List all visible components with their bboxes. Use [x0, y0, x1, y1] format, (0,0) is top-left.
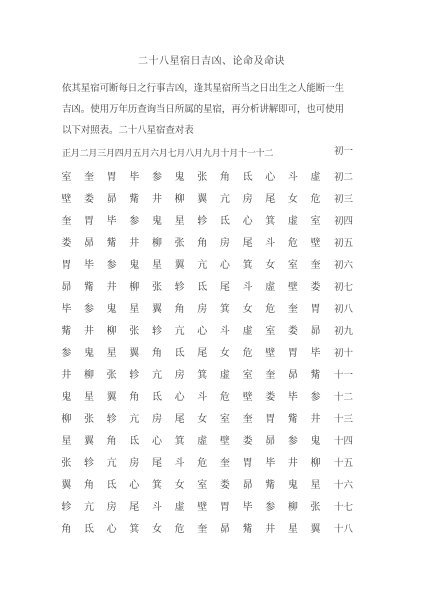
day-label: 十四 [334, 431, 353, 453]
row-cells: 鬼星翼角氐心斗危壁娄毕参 [55, 387, 327, 409]
table-row: 昴觜井柳张轸氐尾斗虚壁娄 初七 [0, 277, 423, 299]
mansion-cell: 星 [78, 387, 101, 409]
mansion-cell: 参 [304, 387, 327, 409]
row-cells: 奎胃毕参鬼星轸氐心箕虚室 [55, 211, 327, 233]
mansion-cell: 房 [100, 497, 123, 519]
mansion-cell: 胃 [236, 453, 259, 475]
mansion-cell: 氐 [191, 277, 214, 299]
mansion-cell: 奎 [259, 365, 282, 387]
mansion-cell: 房 [214, 233, 237, 255]
mansion-cell: 觜 [236, 519, 259, 541]
mansion-cell: 室 [304, 211, 327, 233]
mansion-cell: 女 [214, 343, 237, 365]
mansion-cell: 轸 [55, 497, 78, 519]
mansion-cell: 参 [100, 255, 123, 277]
mansion-cell: 参 [123, 211, 146, 233]
mansion-cell: 亢 [123, 409, 146, 431]
day-label: 初一 [334, 141, 353, 163]
mansion-cell: 柳 [123, 277, 146, 299]
mansion-cell: 危 [259, 299, 282, 321]
mansion-cell: 觜 [304, 365, 327, 387]
mansion-cell: 井 [304, 409, 327, 431]
mansion-cell: 翼 [78, 431, 101, 453]
mansion-cell: 氐 [123, 431, 146, 453]
mansion-cell: 箕 [236, 255, 259, 277]
mansion-cell: 奎 [55, 211, 78, 233]
row-cells: 轸亢房尾斗虚壁胃毕参柳张 [55, 497, 327, 519]
mansion-cell: 星 [304, 475, 327, 497]
mansion-cell: 斗 [214, 321, 237, 343]
mansion-cell: 娄 [259, 387, 282, 409]
mansion-cell: 箕 [168, 431, 191, 453]
mansion-cell: 壁 [304, 233, 327, 255]
mansion-cell: 参 [146, 167, 169, 189]
day-label: 初三 [334, 189, 353, 211]
mansion-cell: 昴 [78, 233, 101, 255]
mansion-cell: 毕 [259, 453, 282, 475]
row-cells: 室奎胃毕参鬼张角氐心斗虚 [55, 167, 327, 189]
mansion-cell: 毕 [123, 167, 146, 189]
mansion-cell: 昴 [259, 431, 282, 453]
row-cells: 娄昴觜井柳张角房尾斗危壁 [55, 233, 327, 255]
mansion-cell: 毕 [55, 299, 78, 321]
mansion-cell: 虚 [282, 211, 305, 233]
day-label: 十七 [334, 497, 353, 519]
paragraph-line: 吉凶。使用万年历查询当日所属的星宿，再分析讲解即可，也可使用 [62, 99, 402, 120]
mansion-cell: 室 [214, 409, 237, 431]
mansion-cell: 张 [123, 321, 146, 343]
mansion-cell: 箕 [191, 365, 214, 387]
mansion-cell: 壁 [214, 431, 237, 453]
mansion-cell: 井 [282, 453, 305, 475]
mansion-cell: 箕 [123, 519, 146, 541]
mansion-cell: 女 [146, 519, 169, 541]
mansion-cell: 角 [214, 167, 237, 189]
mansion-cell: 危 [304, 189, 327, 211]
day-label: 初七 [334, 277, 353, 299]
mansion-cell: 昴 [304, 321, 327, 343]
mansion-cell: 尾 [123, 497, 146, 519]
mansion-cell: 张 [304, 497, 327, 519]
mansion-cell: 危 [282, 233, 305, 255]
mansion-cell: 斗 [146, 497, 169, 519]
row-cells: 张轸亢房尾斗危奎胃毕井柳 [55, 453, 327, 475]
mansion-cell: 井 [78, 321, 101, 343]
day-label: 初四 [334, 211, 353, 233]
mansion-cell: 胃 [100, 167, 123, 189]
mansion-cell: 毕 [304, 343, 327, 365]
mansion-cell: 张 [168, 233, 191, 255]
row-cells: 星翼角氐心箕虚壁娄昴参鬼 [55, 431, 327, 453]
mansion-cell: 翼 [123, 343, 146, 365]
mansion-cell: 翼 [146, 299, 169, 321]
mansion-cell: 壁 [259, 343, 282, 365]
table-row: 奎胃毕参鬼星轸氐心箕虚室 初四 [0, 211, 423, 233]
day-label: 十二 [334, 387, 353, 409]
mansion-cell: 奎 [304, 255, 327, 277]
mansion-cell: 星 [100, 343, 123, 365]
row-cells: 胃毕参鬼星翼亢心箕女室奎 [55, 255, 327, 277]
mansion-cell: 心 [259, 167, 282, 189]
mansion-cell: 氐 [100, 475, 123, 497]
mansion-cell: 翼 [168, 255, 191, 277]
mansion-cell: 轸 [123, 365, 146, 387]
table-row: 壁娄昴觜井柳翼亢房尾女危 初三 [0, 189, 423, 211]
mansion-cell: 房 [236, 189, 259, 211]
mansion-cell: 斗 [282, 167, 305, 189]
mansion-cell: 房 [123, 453, 146, 475]
day-label: 初八 [334, 299, 353, 321]
mansion-cell: 心 [191, 321, 214, 343]
mansion-cell: 娄 [282, 321, 305, 343]
mansion-cell: 虚 [168, 497, 191, 519]
mansion-cell: 奎 [214, 453, 237, 475]
mansion-cell: 鬼 [55, 387, 78, 409]
mansion-cell: 觜 [123, 189, 146, 211]
mansion-cell: 奎 [236, 409, 259, 431]
document-page: 二十八星宿日吉凶、论命及命诀 依其星宿可断每日之行事吉凶，逢其星宿所当之日出生之… [0, 0, 423, 600]
mansion-cell: 心 [236, 211, 259, 233]
table-row: 鬼星翼角氐心斗危壁娄毕参 十二 [0, 387, 423, 409]
mansion-cell: 胃 [55, 255, 78, 277]
mansion-cell: 奎 [282, 299, 305, 321]
mansion-cell: 井 [146, 189, 169, 211]
mansion-cell: 氐 [78, 519, 101, 541]
mansion-cell: 虚 [304, 167, 327, 189]
mansion-cell: 昴 [55, 277, 78, 299]
mansion-cell: 室 [191, 475, 214, 497]
mansion-cell: 女 [168, 475, 191, 497]
mansion-cell: 箕 [259, 211, 282, 233]
mansion-cell: 胃 [304, 299, 327, 321]
table-row: 井柳张轸亢房箕虚室奎昴觜 十一 [0, 365, 423, 387]
mansion-cell: 张 [146, 277, 169, 299]
mansion-cell: 昴 [282, 365, 305, 387]
mansion-cell: 亢 [168, 321, 191, 343]
mansion-cell: 尾 [191, 343, 214, 365]
mansion-cell: 箕 [214, 299, 237, 321]
mansion-cell: 女 [191, 409, 214, 431]
day-label: 十三 [334, 409, 353, 431]
row-cells: 觜井柳张轸亢心斗虚室娄昴 [55, 321, 327, 343]
mansion-cell: 娄 [78, 189, 101, 211]
mansion-cell: 井 [100, 277, 123, 299]
mansion-cell: 轸 [78, 453, 101, 475]
mansion-cell: 女 [282, 189, 305, 211]
table-row: 轸亢房尾斗虚壁胃毕参柳张 十七 [0, 497, 423, 519]
row-cells: 昴觜井柳张轸氐尾斗虚壁娄 [55, 277, 327, 299]
day-label: 十一 [334, 365, 353, 387]
row-cells: 井柳张轸亢房箕虚室奎昴觜 [55, 365, 327, 387]
mansion-cell: 角 [146, 343, 169, 365]
mansion-cell: 角 [191, 233, 214, 255]
mansion-cell: 参 [55, 343, 78, 365]
table-row: 参鬼星翼角氐尾女危壁胃毕 初十 [0, 343, 423, 365]
table-row: 柳张轸亢房尾女室奎胃觜井 十三 [0, 409, 423, 431]
mansion-cell: 昴 [100, 189, 123, 211]
mansion-cell: 角 [123, 387, 146, 409]
mansion-cell: 张 [100, 365, 123, 387]
mansion-cell: 心 [146, 431, 169, 453]
mansion-cell: 虚 [236, 321, 259, 343]
row-cells: 角氐心箕女危奎昴觜井星翼 [55, 519, 327, 541]
day-label: 初五 [334, 233, 353, 255]
mansion-cell: 毕 [100, 211, 123, 233]
mansion-cell: 觜 [259, 475, 282, 497]
mansion-cell: 室 [55, 167, 78, 189]
mansion-cell: 井 [123, 233, 146, 255]
mansion-cell: 危 [214, 387, 237, 409]
mansion-cell: 星 [146, 255, 169, 277]
day-label: 初十 [334, 343, 353, 365]
mansion-cell: 昴 [214, 519, 237, 541]
intro-paragraph: 依其星宿可断每日之行事吉凶，逢其星宿所当之日出生之人能断一生吉凶。使用万年历查询… [62, 78, 402, 141]
mansion-cell: 亢 [214, 189, 237, 211]
row-cells: 壁娄昴觜井柳翼亢房尾女危 [55, 189, 327, 211]
mansion-cell: 氐 [146, 387, 169, 409]
mansion-cell: 尾 [214, 277, 237, 299]
mansion-cell: 昴 [236, 475, 259, 497]
page-title: 二十八星宿日吉凶、论命及命诀 [0, 55, 423, 68]
mansion-cell: 亢 [100, 453, 123, 475]
mansion-cell: 张 [55, 453, 78, 475]
mansion-cell: 壁 [236, 387, 259, 409]
mansion-cell: 房 [191, 299, 214, 321]
day-label: 初二 [334, 167, 353, 189]
day-label: 十八 [334, 519, 353, 541]
table-row: 星翼角氐心箕虚壁娄昴参鬼 十四 [0, 431, 423, 453]
mansion-cell: 轸 [100, 409, 123, 431]
mansion-cell: 壁 [191, 497, 214, 519]
mansion-cell: 尾 [146, 453, 169, 475]
day-label: 十六 [334, 475, 353, 497]
day-label: 初六 [334, 255, 353, 277]
mansion-cell: 星 [55, 431, 78, 453]
mansion-cell: 井 [55, 365, 78, 387]
mansion-cell: 鬼 [146, 211, 169, 233]
mansion-cell: 氐 [168, 343, 191, 365]
mansion-cell: 氐 [214, 211, 237, 233]
mansion-cell: 壁 [282, 277, 305, 299]
mansion-cell: 毕 [78, 255, 101, 277]
mansion-cell: 女 [259, 255, 282, 277]
mansion-cell: 胃 [282, 343, 305, 365]
mansion-table: 正月二月三月四月五月六月七月八月九月十月十一十二 初一 室奎胃毕参鬼张角氐心斗虚… [0, 141, 423, 541]
mansion-cell: 尾 [236, 233, 259, 255]
table-row: 室奎胃毕参鬼张角氐心斗虚 初二 [0, 167, 423, 189]
mansion-cell: 女 [236, 299, 259, 321]
table-row: 娄昴觜井柳张角房尾斗危壁 初五 [0, 233, 423, 255]
months-header: 正月二月三月四月五月六月七月八月九月十月十一十二 [55, 146, 327, 159]
mansion-cell: 觜 [78, 277, 101, 299]
mansion-cell: 角 [78, 475, 101, 497]
mansion-cell: 室 [259, 321, 282, 343]
mansion-cell: 虚 [259, 277, 282, 299]
mansion-cell: 房 [146, 409, 169, 431]
mansion-cell: 角 [55, 519, 78, 541]
table-row: 翼角氐心箕女室娄昴觜鬼星 十六 [0, 475, 423, 497]
mansion-cell: 角 [100, 431, 123, 453]
mansion-cell: 心 [214, 255, 237, 277]
mansion-cell: 娄 [214, 475, 237, 497]
mansion-cell: 毕 [236, 497, 259, 519]
mansion-cell: 翼 [55, 475, 78, 497]
mansion-cell: 鬼 [100, 299, 123, 321]
mansion-cell: 毕 [282, 387, 305, 409]
mansion-cell: 尾 [168, 409, 191, 431]
mansion-cell: 觜 [100, 233, 123, 255]
mansion-cell: 尾 [259, 189, 282, 211]
row-cells: 毕参鬼星翼角房箕女危奎胃 [55, 299, 327, 321]
mansion-cell: 娄 [236, 431, 259, 453]
paragraph-line: 依其星宿可断每日之行事吉凶，逢其星宿所当之日出生之人能断一生 [62, 78, 402, 99]
mansion-cell: 壁 [55, 189, 78, 211]
mansion-cell: 斗 [259, 233, 282, 255]
mansion-cell: 鬼 [168, 167, 191, 189]
mansion-cell: 鬼 [78, 343, 101, 365]
mansion-cell: 危 [191, 453, 214, 475]
mansion-cell: 胃 [78, 211, 101, 233]
mansion-cell: 氐 [236, 167, 259, 189]
mansion-cell: 危 [236, 343, 259, 365]
mansion-cell: 张 [191, 167, 214, 189]
mansion-cell: 奎 [78, 167, 101, 189]
mansion-cell: 鬼 [123, 255, 146, 277]
mansion-cell: 角 [168, 299, 191, 321]
mansion-cell: 柳 [146, 233, 169, 255]
mansion-cell: 亢 [146, 365, 169, 387]
mansion-cell: 柳 [168, 189, 191, 211]
mansion-cell: 张 [78, 409, 101, 431]
mansion-cell: 鬼 [282, 475, 305, 497]
mansion-cell: 翼 [191, 189, 214, 211]
mansion-cell: 斗 [236, 277, 259, 299]
row-cells: 柳张轸亢房尾女室奎胃觜井 [55, 409, 327, 431]
mansion-cell: 柳 [304, 453, 327, 475]
mansion-cell: 危 [168, 519, 191, 541]
mansion-cell: 鬼 [304, 431, 327, 453]
day-label: 初九 [334, 321, 353, 343]
table-row: 觜井柳张轸亢心斗虚室娄昴 初九 [0, 321, 423, 343]
table-row: 角氐心箕女危奎昴觜井星翼 十八 [0, 519, 423, 541]
table-row: 张轸亢房尾斗危奎胃毕井柳 十五 [0, 453, 423, 475]
mansion-cell: 翼 [100, 387, 123, 409]
mansion-cell: 心 [168, 387, 191, 409]
mansion-cell: 斗 [191, 387, 214, 409]
mansion-cell: 翼 [304, 519, 327, 541]
mansion-cell: 虚 [214, 365, 237, 387]
mansion-cell: 柳 [100, 321, 123, 343]
mansion-cell: 井 [259, 519, 282, 541]
mansion-cell: 房 [168, 365, 191, 387]
mansion-cell: 亢 [191, 255, 214, 277]
day-label: 十五 [334, 453, 353, 475]
table-header-row: 正月二月三月四月五月六月七月八月九月十月十一十二 初一 [0, 141, 423, 163]
mansion-cell: 轸 [168, 277, 191, 299]
mansion-cell: 娄 [55, 233, 78, 255]
table-row: 毕参鬼星翼角房箕女危奎胃 初八 [0, 299, 423, 321]
mansion-cell: 虚 [191, 431, 214, 453]
paragraph-line: 以下对照表。二十八星宿查对表 [62, 120, 402, 141]
row-cells: 参鬼星翼角氐尾女危壁胃毕 [55, 343, 327, 365]
mansion-cell: 星 [123, 299, 146, 321]
mansion-cell: 轸 [191, 211, 214, 233]
mansion-cell: 室 [236, 365, 259, 387]
mansion-cell: 轸 [146, 321, 169, 343]
mansion-cell: 星 [282, 519, 305, 541]
mansion-cell: 箕 [146, 475, 169, 497]
mansion-cell: 柳 [55, 409, 78, 431]
mansion-cell: 心 [100, 519, 123, 541]
mansion-cell: 娄 [304, 277, 327, 299]
mansion-cell: 心 [123, 475, 146, 497]
mansion-cell: 觜 [55, 321, 78, 343]
table-row: 胃毕参鬼星翼亢心箕女室奎 初六 [0, 255, 423, 277]
mansion-cell: 柳 [78, 365, 101, 387]
mansion-cell: 参 [282, 431, 305, 453]
mansion-cell: 室 [282, 255, 305, 277]
mansion-cell: 亢 [78, 497, 101, 519]
mansion-cell: 觜 [282, 409, 305, 431]
mansion-cell: 柳 [282, 497, 305, 519]
mansion-cell: 参 [259, 497, 282, 519]
mansion-cell: 参 [78, 299, 101, 321]
mansion-cell: 胃 [259, 409, 282, 431]
mansion-cell: 奎 [191, 519, 214, 541]
row-cells: 翼角氐心箕女室娄昴觜鬼星 [55, 475, 327, 497]
mansion-table-body: 室奎胃毕参鬼张角氐心斗虚 初二 壁娄昴觜井柳翼亢房尾女危 初三 奎胃毕参鬼星轸氐… [0, 167, 423, 541]
mansion-cell: 星 [168, 211, 191, 233]
mansion-cell: 斗 [168, 453, 191, 475]
mansion-cell: 胃 [214, 497, 237, 519]
